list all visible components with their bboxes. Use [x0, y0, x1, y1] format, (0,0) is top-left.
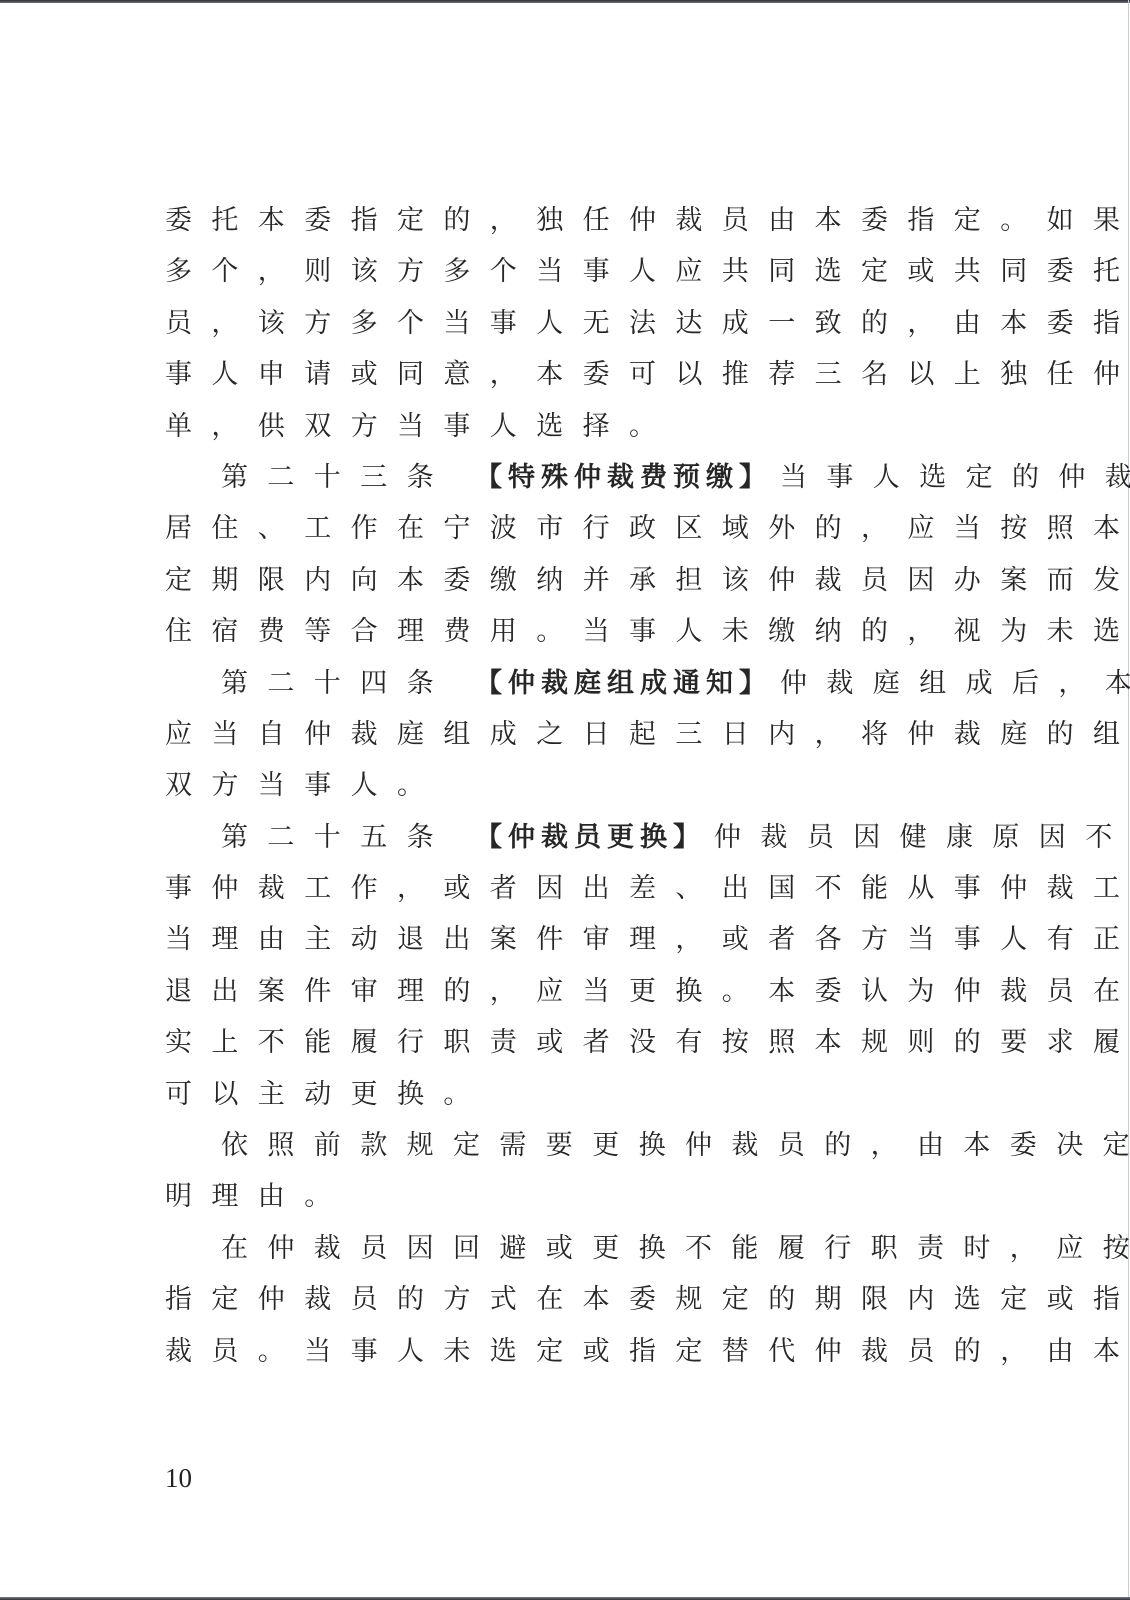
page-number: 10 — [165, 1463, 192, 1494]
text-line: 员，该方多个当事人无法达成一致的，由本委指定；经双方当 — [165, 298, 965, 349]
text-line: 事人申请或同意，本委可以推荐三名以上独任仲裁员候选名 — [165, 349, 965, 400]
paragraph-substitute-arbitrator: 在仲裁员因回避或更换不能履行职责时，应按照原选定或 指定仲裁员的方式在本委规定的… — [165, 1223, 965, 1377]
text-line: 单，供双方当事人选择。 — [165, 401, 965, 452]
text-line: 明理由。 — [165, 1171, 965, 1222]
text-line: 定期限内向本委缴纳并承担该仲裁员因办案而发生的差旅费、 — [165, 555, 965, 606]
article-24: 第二十四条【仲裁庭组成通知】仲裁庭组成后，本委 应当自仲裁庭组成之日起三日内，将… — [165, 658, 965, 812]
text-line: 居住、工作在宁波市行政区域外的，应当按照本委的通知在规 — [165, 503, 965, 554]
text-line-first: 依照前款规定需要更换仲裁员的，由本委决定并可以不说 — [165, 1120, 965, 1171]
text-line: 退出案件审理的，应当更换。本委认为仲裁员在法律上或者事 — [165, 966, 965, 1017]
article-text: 仲裁员因健康原因不能从 — [714, 822, 1130, 853]
article-heading-line: 第二十四条【仲裁庭组成通知】仲裁庭组成后，本委 — [165, 658, 965, 709]
article-25: 第二十五条【仲裁员更换】仲裁员因健康原因不能从 事仲裁工作，或者因出差、出国不能… — [165, 812, 965, 1120]
text-line: 实上不能履行职责或者没有按照本规则的要求履行职责时，也 — [165, 1017, 965, 1068]
article-number: 第二十四条 — [221, 668, 453, 699]
article-title: 【仲裁庭组成通知】 — [475, 668, 772, 699]
text-line: 可以主动更换。 — [165, 1069, 965, 1120]
article-number: 第二十三条 — [221, 462, 453, 493]
article-heading-line: 第二十三条【特殊仲裁费预缴】当事人选定的仲裁员 — [165, 452, 965, 503]
text-line: 当理由主动退出案件审理，或者各方当事人有正当理由要求其 — [165, 914, 965, 965]
paragraph-replacement-decision: 依照前款规定需要更换仲裁员的，由本委决定并可以不说 明理由。 — [165, 1120, 965, 1223]
text-line: 住宿费等合理费用。当事人未缴纳的，视为未选定仲裁员。 — [165, 606, 965, 657]
article-text: 仲裁庭组成后，本委 — [780, 668, 1130, 699]
text-line: 应当自仲裁庭组成之日起三日内，将仲裁庭的组成通知书发送 — [165, 709, 965, 760]
paragraph-continuation: 委托本委指定的，独任仲裁员由本委指定。如果一方当事人有 多个，则该方多个当事人应… — [165, 195, 965, 452]
text-line: 事仲裁工作，或者因出差、出国不能从事仲裁工作，或者因正 — [165, 863, 965, 914]
body-text: 委托本委指定的，独任仲裁员由本委指定。如果一方当事人有 多个，则该方多个当事人应… — [165, 195, 965, 1377]
document-page: 委托本委指定的，独任仲裁员由本委指定。如果一方当事人有 多个，则该方多个当事人应… — [0, 0, 1130, 1600]
article-title: 【仲裁员更换】 — [475, 822, 706, 853]
article-text: 当事人选定的仲裁员 — [780, 462, 1130, 493]
article-heading-line: 第二十五条【仲裁员更换】仲裁员因健康原因不能从 — [165, 812, 965, 863]
article-23: 第二十三条【特殊仲裁费预缴】当事人选定的仲裁员 居住、工作在宁波市行政区域外的，… — [165, 452, 965, 658]
article-number: 第二十五条 — [221, 822, 453, 853]
text-line-first: 在仲裁员因回避或更换不能履行职责时，应按照原选定或 — [165, 1223, 965, 1274]
text-line: 指定仲裁员的方式在本委规定的期限内选定或指定替代的仲 — [165, 1274, 965, 1325]
text-line: 双方当事人。 — [165, 760, 965, 811]
text-line: 裁员。当事人未选定或指定替代仲裁员的，由本委指定替代的 — [165, 1326, 965, 1377]
text-line: 多个，则该方多个当事人应共同选定或共同委托本委指定仲裁 — [165, 246, 965, 297]
text-line: 委托本委指定的，独任仲裁员由本委指定。如果一方当事人有 — [165, 195, 965, 246]
article-title: 【特殊仲裁费预缴】 — [475, 462, 772, 493]
